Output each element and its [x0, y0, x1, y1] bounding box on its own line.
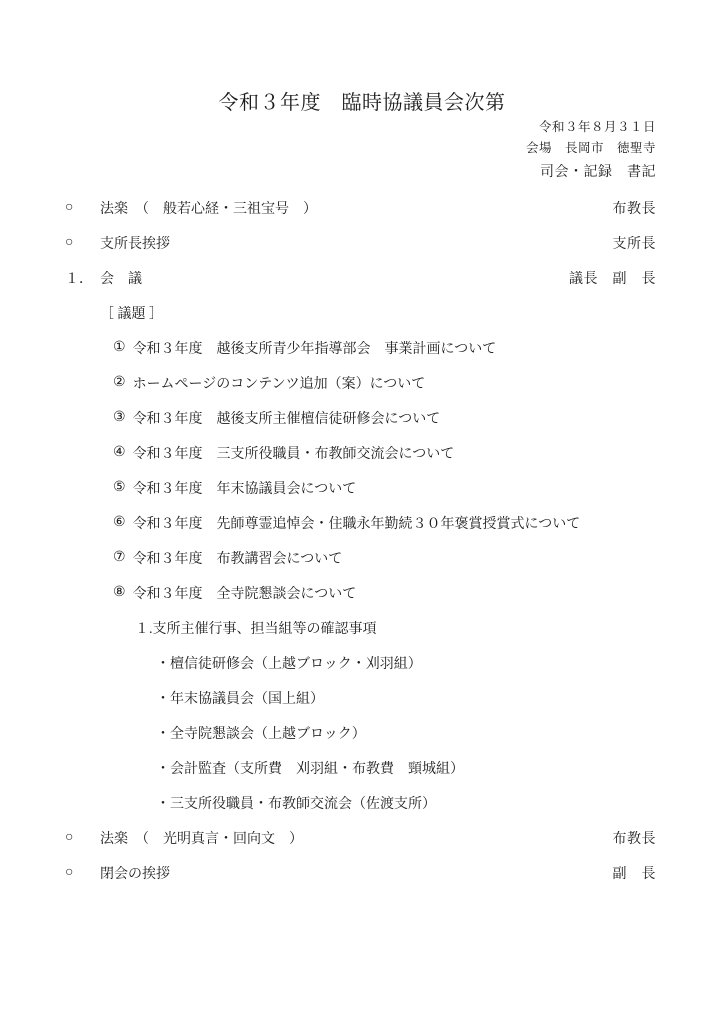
topic-text: 令和３年度 越後支所青少年指導部会 事業計画について	[133, 338, 497, 358]
circled-number-7: ⑦	[113, 549, 126, 566]
topic-text: 令和３年度 年末協議員会について	[133, 478, 357, 498]
row-label: 法楽 （ 光明真言・回向文 ）	[100, 828, 303, 848]
topic-text: 令和３年度 先師尊霊追悼会・住職永年勤続３０年褒賞授賞式について	[133, 513, 581, 533]
circle-marker: ○	[65, 200, 100, 216]
confirmation-item-4: ・会計監査（支所費 刈羽組・布教費 頸城組）	[65, 750, 656, 785]
row-assignee: 副 長	[613, 863, 657, 883]
topic-item-8: ⑧ 令和３年度 全寺院懇談会について	[65, 575, 656, 610]
topic-item-2: ② ホームページのコンテンツ追加（案）について	[65, 365, 656, 400]
circled-number-4: ④	[113, 444, 126, 461]
circled-number-3: ③	[113, 409, 126, 426]
circled-number-5: ⑤	[113, 479, 126, 496]
number-marker: １．	[65, 268, 100, 288]
row-label: 法楽 （ 般若心経・三祖宝号 ）	[100, 198, 317, 218]
topic-item-1: ① 令和３年度 越後支所青少年指導部会 事業計画について	[65, 330, 656, 365]
confirmation-item-2: ・年末協議員会（国上組）	[65, 680, 656, 715]
confirmation-item-text: ・檀信徒研修会（上越ブロック・刈羽組）	[156, 653, 422, 673]
confirmation-heading: １.支所主催行事、担当組等の確認事項	[65, 610, 656, 645]
row-assignee: 支所長	[613, 233, 657, 253]
agenda-row-opening-horaku: ○ 法楽 （ 般若心経・三祖宝号 ） 布教長	[65, 190, 656, 225]
document-page: 令和３年度 臨時協議員会次第 令和３年８月３１日 会場 長岡市 徳聖寺 司会・記…	[0, 0, 724, 1024]
row-assignee: 布教長	[613, 198, 657, 218]
confirmation-item-text: ・会計監査（支所費 刈羽組・布教費 頸城組）	[156, 758, 464, 778]
topic-item-7: ⑦ 令和３年度 布教講習会について	[65, 540, 656, 575]
meeting-date: 令和３年８月３１日	[526, 117, 656, 138]
agenda-row-branch-greeting: ○ 支所長挨拶 支所長	[65, 225, 656, 260]
circle-marker: ○	[65, 830, 100, 846]
meeting-moderator: 司会・記録 書記	[526, 161, 656, 185]
topics-heading-label: ［ 議題 ］	[100, 303, 163, 323]
topic-item-4: ④ 令和３年度 三支所役職員・布教師交流会について	[65, 435, 656, 470]
topics-heading: ［ 議題 ］	[65, 295, 656, 330]
topic-text: 令和３年度 布教講習会について	[133, 548, 343, 568]
confirmation-item-3: ・全寺院懇談会（上越ブロック）	[65, 715, 656, 750]
topic-text: 令和３年度 越後支所主催檀信徒研修会について	[133, 408, 441, 428]
confirmation-item-5: ・三支所役職員・布教師交流会（佐渡支所）	[65, 785, 656, 820]
circled-number-2: ②	[113, 374, 126, 391]
meta-block: 令和３年８月３１日 会場 長岡市 徳聖寺 司会・記録 書記	[526, 117, 656, 185]
topic-text: 令和３年度 全寺院懇談会について	[133, 583, 357, 603]
confirmation-item-text: ・全寺院懇談会（上越ブロック）	[156, 723, 366, 743]
circle-marker: ○	[65, 865, 100, 881]
agenda-body: ○ 法楽 （ 般若心経・三祖宝号 ） 布教長 ○ 支所長挨拶 支所長 １． 会 …	[65, 190, 656, 890]
topic-item-3: ③ 令和３年度 越後支所主催檀信徒研修会について	[65, 400, 656, 435]
row-assignee: 布教長	[613, 828, 657, 848]
topic-text: 令和３年度 三支所役職員・布教師交流会について	[133, 443, 455, 463]
circled-number-6: ⑥	[113, 514, 126, 531]
document-title: 令和３年度 臨時協議員会次第	[0, 86, 724, 115]
row-label: 支所長挨拶	[100, 233, 170, 253]
agenda-row-meeting: １． 会 議 議長 副 長	[65, 260, 656, 295]
topic-item-6: ⑥ 令和３年度 先師尊霊追悼会・住職永年勤続３０年褒賞授賞式について	[65, 505, 656, 540]
agenda-row-closing-remarks: ○ 閉会の挨拶 副 長	[65, 855, 656, 890]
row-label: 閉会の挨拶	[100, 863, 170, 883]
agenda-row-closing-horaku: ○ 法楽 （ 光明真言・回向文 ） 布教長	[65, 820, 656, 855]
circled-number-8: ⑧	[113, 584, 126, 601]
circled-number-1: ①	[113, 339, 126, 356]
circle-marker: ○	[65, 235, 100, 251]
confirmation-item-text: ・三支所役職員・布教師交流会（佐渡支所）	[156, 793, 436, 813]
row-label: 会 議	[100, 268, 142, 288]
row-assignee: 議長 副 長	[569, 268, 656, 288]
confirmation-item-1: ・檀信徒研修会（上越ブロック・刈羽組）	[65, 645, 656, 680]
topic-item-5: ⑤ 令和３年度 年末協議員会について	[65, 470, 656, 505]
confirmation-item-text: ・年末協議員会（国上組）	[156, 688, 324, 708]
confirmation-heading-label: １.支所主催行事、担当組等の確認事項	[135, 618, 377, 638]
topic-text: ホームページのコンテンツ追加（案）について	[133, 373, 426, 393]
meeting-venue: 会場 長岡市 徳聖寺	[526, 138, 656, 159]
